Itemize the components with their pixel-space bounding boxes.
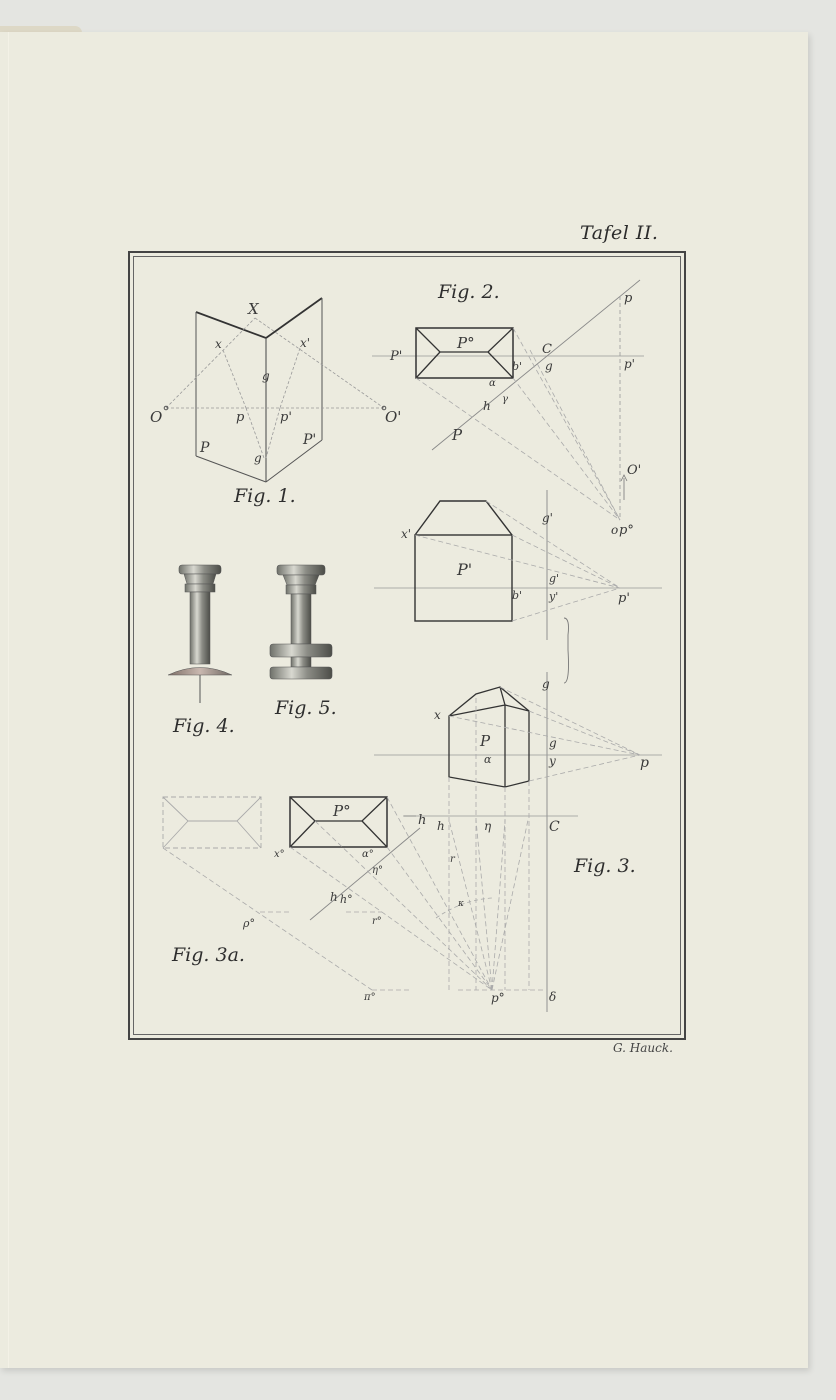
svg-text:P': P' <box>302 432 316 448</box>
figure-5-double-pin: Fig. 5. <box>270 565 337 719</box>
svg-text:x: x <box>434 708 441 722</box>
svg-text:Fig. 4.: Fig. 4. <box>172 715 235 737</box>
figure-3a-labels: P° x° α° η° h h° ρ° r° π° Fig. 3a. <box>171 802 383 1003</box>
svg-text:P: P <box>199 440 210 456</box>
svg-text:g': g' <box>549 572 559 585</box>
svg-text:p: p <box>640 755 649 771</box>
svg-text:x': x' <box>300 336 310 350</box>
svg-text:O: O <box>150 408 162 426</box>
svg-text:g': g' <box>542 511 553 525</box>
figure-3-upper-labels: g' x' P' g' b' y' p' <box>401 511 630 606</box>
svg-text:O': O' <box>385 408 401 426</box>
figure-1 <box>164 298 386 482</box>
svg-text:Fig. 2.: Fig. 2. <box>437 281 500 303</box>
svg-text:x°: x° <box>274 849 285 860</box>
svg-text:κ: κ <box>457 899 464 909</box>
svg-text:α°: α° <box>362 849 374 860</box>
svg-text:p': p' <box>280 410 292 425</box>
figure-2 <box>372 280 644 520</box>
svg-text:y: y <box>548 754 556 768</box>
svg-text:P': P' <box>456 560 472 579</box>
svg-text:r°: r° <box>372 916 382 927</box>
svg-text:h: h <box>418 813 426 828</box>
svg-text:g: g <box>262 369 270 383</box>
figure-3-lower-labels: g x P α g y p h h η C r κ p° δ Fig. 3. <box>418 677 649 1005</box>
svg-text:P: P <box>451 426 463 444</box>
svg-text:x': x' <box>401 527 411 541</box>
svg-text:g: g <box>254 451 262 465</box>
svg-text:C: C <box>549 819 560 835</box>
svg-text:h: h <box>330 890 338 904</box>
figure-3-lower <box>374 672 662 1012</box>
figure-4-thumbtack: Fig. 4. <box>168 565 235 737</box>
svg-text:C: C <box>542 342 552 357</box>
svg-text:h: h <box>437 819 445 833</box>
svg-text:p': p' <box>624 357 635 371</box>
figure-2-labels: Fig. 2. P' P° b' C g p p' α γ h P O' o p… <box>389 281 641 538</box>
svg-text:p: p <box>236 410 245 425</box>
svg-text:p: p <box>624 291 633 306</box>
svg-text:b': b' <box>512 360 522 373</box>
svg-text:g: g <box>542 677 550 691</box>
svg-text:π°: π° <box>363 992 376 1003</box>
svg-text:P°: P° <box>332 802 351 820</box>
svg-text:Fig. 3.: Fig. 3. <box>573 855 636 877</box>
svg-text:γ: γ <box>502 394 508 405</box>
svg-text:α: α <box>489 378 496 389</box>
svg-text:o: o <box>611 523 618 537</box>
svg-text:P: P <box>479 732 491 750</box>
svg-text:p°: p° <box>619 523 634 538</box>
svg-text:Fig. 5.: Fig. 5. <box>274 697 337 719</box>
svg-text:X: X <box>247 300 260 318</box>
svg-text:Fig. 1.: Fig. 1. <box>233 485 296 507</box>
svg-text:x: x <box>215 337 222 351</box>
svg-text:p': p' <box>618 591 630 606</box>
svg-text:P': P' <box>389 349 402 364</box>
svg-text:δ: δ <box>549 990 556 1004</box>
svg-text:α: α <box>484 753 492 766</box>
svg-text:P°: P° <box>456 334 475 352</box>
svg-text:O': O' <box>627 463 641 478</box>
svg-text:p°: p° <box>491 991 505 1005</box>
svg-text:g: g <box>549 736 557 750</box>
svg-text:Fig. 3a.: Fig. 3a. <box>171 944 245 966</box>
svg-text:g: g <box>545 359 553 373</box>
svg-text:h: h <box>483 399 491 413</box>
svg-text:ρ°: ρ° <box>242 917 255 930</box>
svg-text:η: η <box>484 819 492 833</box>
svg-text:η°: η° <box>372 865 383 876</box>
svg-text:r: r <box>450 854 456 865</box>
plate-drawings: X x x' g O O' p p' P P' g Fig. 1. Fig. 2… <box>0 0 836 1400</box>
svg-text:y': y' <box>548 590 558 603</box>
svg-text:h°: h° <box>340 893 353 906</box>
svg-text:b': b' <box>512 589 522 602</box>
